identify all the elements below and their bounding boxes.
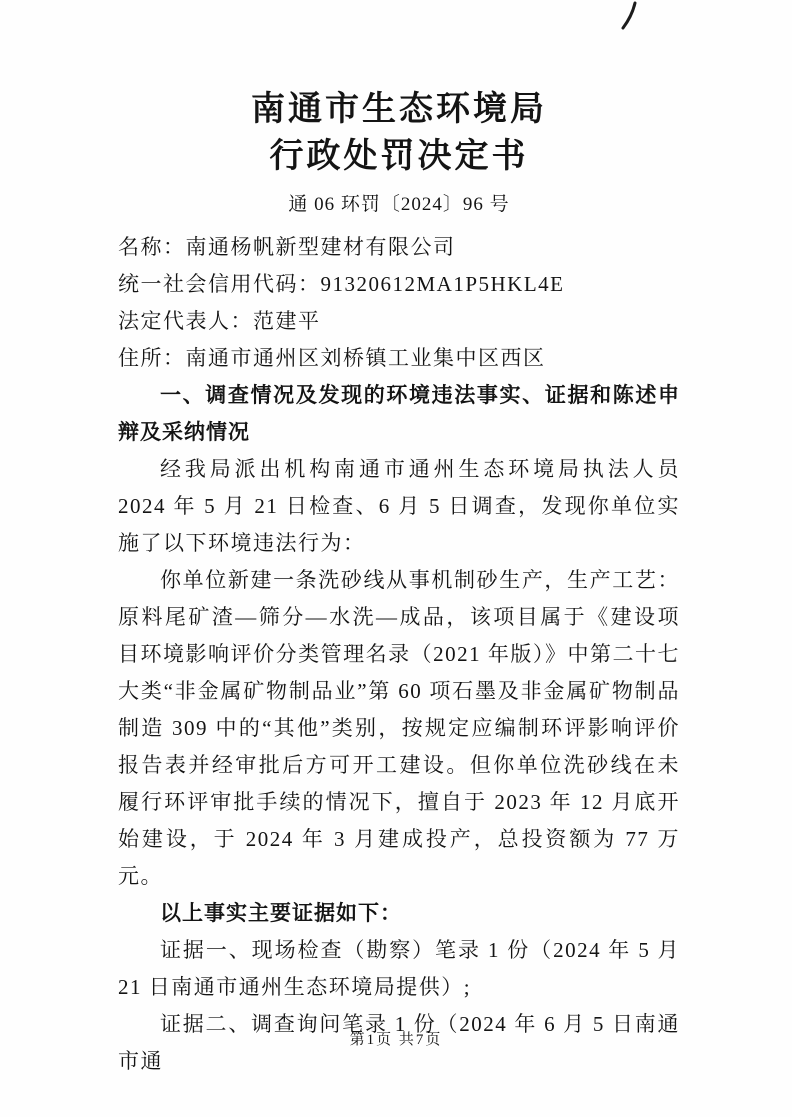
paragraph-evidence-intro: 以上事实主要证据如下： [118, 895, 680, 932]
paragraph-violation-facts: 你单位新建一条洗砂线从事机制砂生产，生产工艺：原料尾矿渣—筛分—水洗—成品，该项… [118, 562, 680, 895]
field-company-name: 名称：南通杨帆新型建材有限公司 [118, 229, 680, 266]
section-heading-investigation: 一、调查情况及发现的环境违法事实、证据和陈述申辩及采纳情况 [118, 377, 680, 451]
field-credit-code: 统一社会信用代码：91320612MA1P5HKL4E [118, 266, 680, 303]
pen-stroke-mark [620, 0, 642, 32]
paragraph-inspection-dates: 经我局派出机构南通市通州生态环境局执法人员 2024 年 5 月 21 日检查、… [118, 451, 680, 562]
document-title-line2: 行政处罚决定书 [118, 133, 680, 180]
document-body: 一、调查情况及发现的环境违法事实、证据和陈述申辩及采纳情况 经我局派出机构南通市… [118, 377, 680, 1080]
field-legal-representative: 法定代表人：范建平 [118, 303, 680, 340]
document-content: 南通市生态环境局 行政处罚决定书 通 06 环罚〔2024〕96 号 名称：南通… [0, 0, 792, 1080]
document-number: 通 06 环罚〔2024〕96 号 [118, 192, 680, 218]
document-title-line1: 南通市生态环境局 [118, 86, 680, 133]
document-page: 南通市生态环境局 行政处罚决定书 通 06 环罚〔2024〕96 号 名称：南通… [0, 0, 792, 1117]
paragraph-evidence-1: 证据一、现场检查（勘察）笔录 1 份（2024 年 5 月 21 日南通市通州生… [118, 932, 680, 1006]
party-info-fields: 名称：南通杨帆新型建材有限公司 统一社会信用代码：91320612MA1P5HK… [118, 229, 680, 377]
field-address: 住所：南通市通州区刘桥镇工业集中区西区 [118, 340, 680, 377]
page-footer: 第1页 共7页 [0, 1028, 792, 1049]
